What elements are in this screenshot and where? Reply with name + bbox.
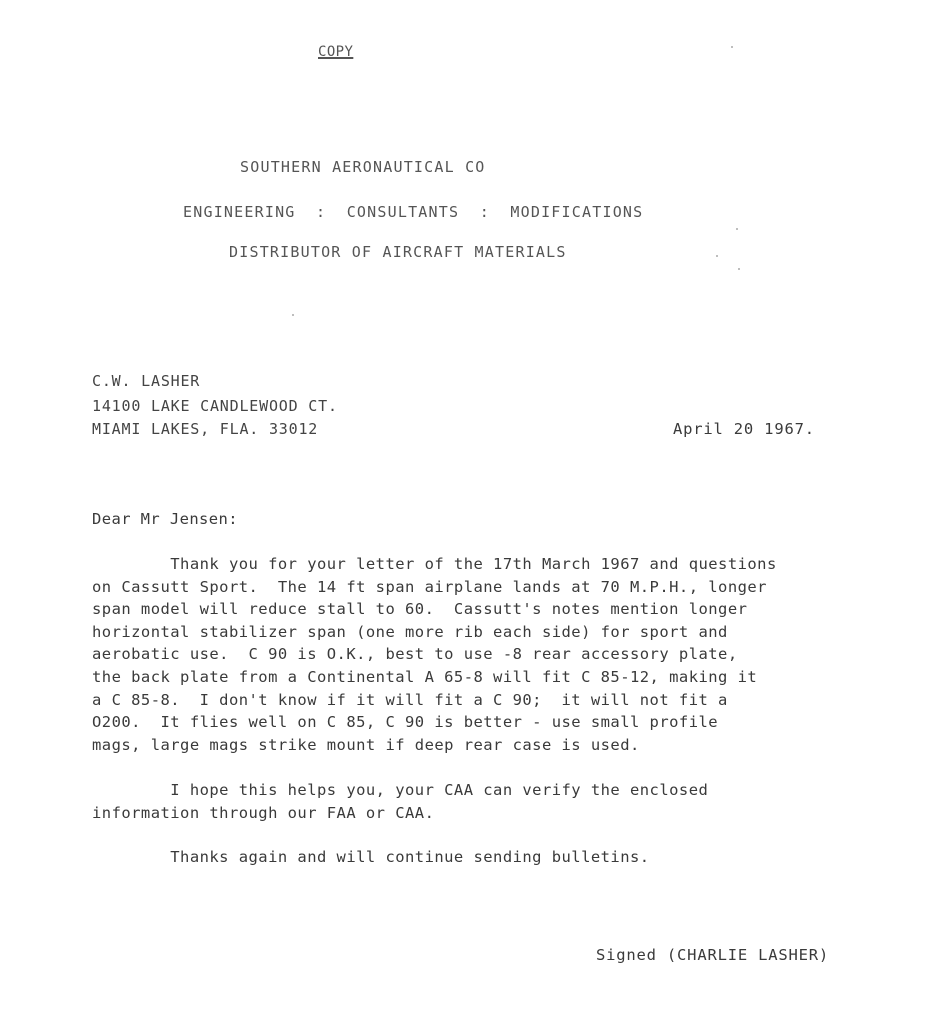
letter-date: April 20 1967.	[673, 420, 815, 438]
body-line: Thanks again and will continue sending b…	[92, 846, 912, 869]
sender-city: MIAMI LAKES, FLA. 33012	[92, 420, 318, 438]
scan-speck	[731, 46, 733, 48]
body-line: a C 85-8. I don't know if it will fit a …	[92, 689, 912, 712]
salutation: Dear Mr Jensen:	[92, 510, 238, 528]
company-tagline: DISTRIBUTOR OF AIRCRAFT MATERIALS	[229, 243, 567, 261]
body-paragraph-2: I hope this helps you, your CAA can veri…	[92, 779, 912, 824]
company-name: SOUTHERN AERONAUTICAL CO	[240, 158, 486, 176]
company-services: ENGINEERING : CONSULTANTS : MODIFICATION…	[183, 203, 643, 221]
signature: Signed (CHARLIE LASHER)	[596, 946, 829, 964]
body-paragraph-1: Thank you for your letter of the 17th Ma…	[92, 553, 912, 756]
scan-speck	[716, 255, 718, 257]
body-line: the back plate from a Continental A 65-8…	[92, 666, 912, 689]
body-line: information through our FAA or CAA.	[92, 802, 912, 825]
sender-street: 14100 LAKE CANDLEWOOD CT.	[92, 397, 338, 415]
body-line: I hope this helps you, your CAA can veri…	[92, 779, 912, 802]
sender-name: C.W. LASHER	[92, 372, 200, 390]
body-line: mags, large mags strike mount if deep re…	[92, 734, 912, 757]
body-line: horizontal stabilizer span (one more rib…	[92, 621, 912, 644]
copy-stamp: COPY	[318, 44, 353, 60]
body-line: Thank you for your letter of the 17th Ma…	[92, 553, 912, 576]
body-line: O200. It flies well on C 85, C 90 is bet…	[92, 711, 912, 734]
body-line: aerobatic use. C 90 is O.K., best to use…	[92, 643, 912, 666]
body-line: on Cassutt Sport. The 14 ft span airplan…	[92, 576, 912, 599]
scan-speck	[292, 314, 294, 316]
body-line: span model will reduce stall to 60. Cass…	[92, 598, 912, 621]
scan-speck	[736, 228, 738, 230]
scan-speck	[738, 268, 740, 270]
body-paragraph-3: Thanks again and will continue sending b…	[92, 846, 912, 869]
